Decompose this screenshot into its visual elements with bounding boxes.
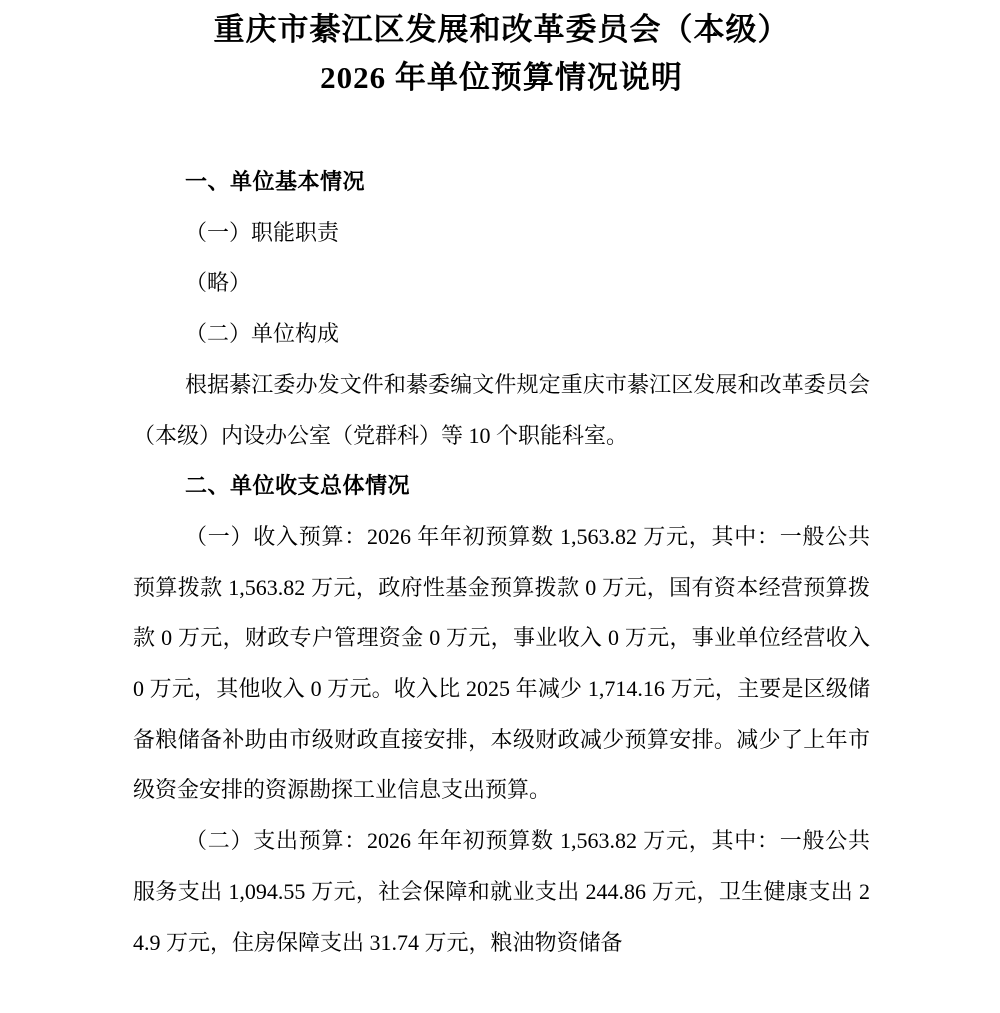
document-title-line2: 2026 年单位预算情况说明: [133, 54, 870, 102]
document-title-line1: 重庆市綦江区发展和改革委员会（本级）: [133, 6, 870, 54]
section-heading-basic-info: 一、单位基本情况: [133, 157, 870, 208]
paragraph-income-budget: （一）收入预算：2026 年年初预算数 1,563.82 万元，其中：一般公共预…: [133, 512, 870, 816]
paragraph-omitted: （略）: [133, 258, 870, 309]
subheading-functions-duties: （一）职能职责: [133, 208, 870, 259]
subheading-unit-composition: （二）单位构成: [133, 309, 870, 360]
section-heading-revenue-expenditure-overview: 二、单位收支总体情况: [133, 461, 870, 512]
paragraph-expenditure-budget: （二）支出预算：2026 年年初预算数 1,563.82 万元，其中：一般公共服…: [133, 816, 870, 968]
paragraph-unit-composition-detail: 根据綦江委办发文件和綦委编文件规定重庆市綦江区发展和改革委员会（本级）内设办公室…: [133, 360, 870, 461]
document-body: 一、单位基本情况 （一）职能职责 （略） （二）单位构成 根据綦江委办发文件和綦…: [133, 157, 870, 968]
document-page: 重庆市綦江区发展和改革委员会（本级） 2026 年单位预算情况说明 一、单位基本…: [0, 0, 1000, 1013]
document-content: 重庆市綦江区发展和改革委员会（本级） 2026 年单位预算情况说明 一、单位基本…: [0, 0, 1000, 968]
document-title: 重庆市綦江区发展和改革委员会（本级） 2026 年单位预算情况说明: [133, 6, 870, 102]
